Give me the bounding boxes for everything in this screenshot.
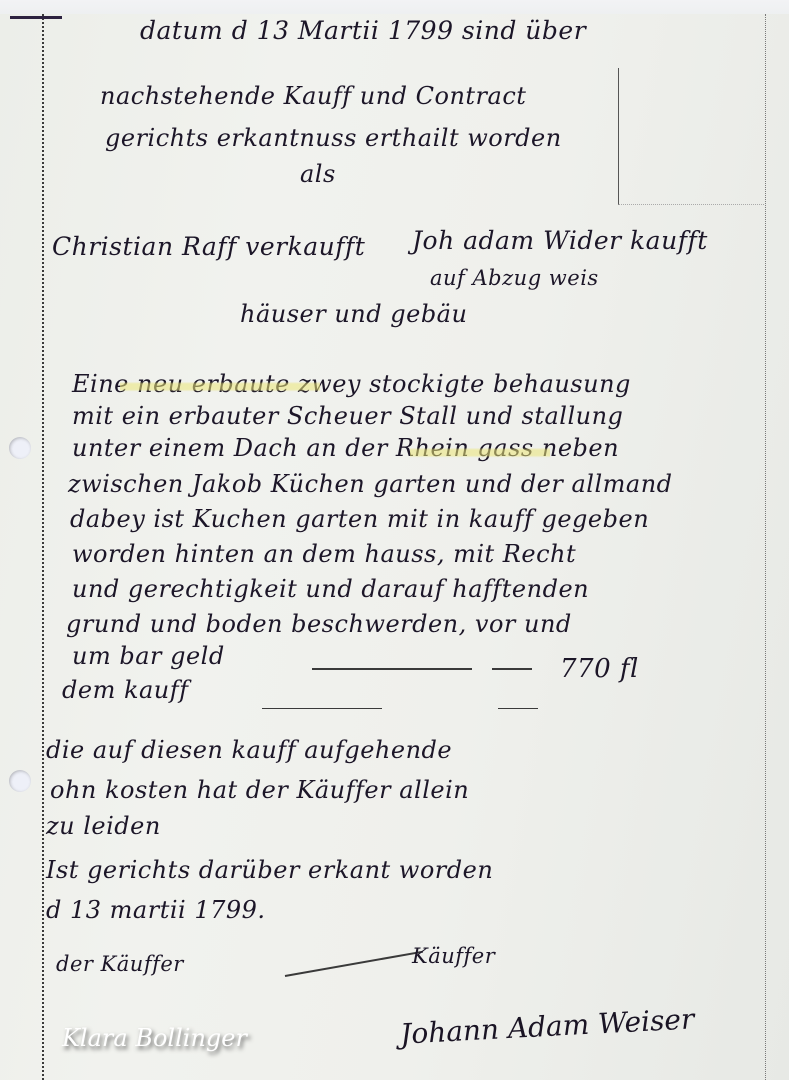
price-value: 770 fl (560, 654, 639, 684)
buyer-note: auf Abzug weis (430, 266, 599, 290)
highlight-neu-erbaute (120, 374, 320, 396)
body-line-6: worden hinten an dem hauss, mit Recht (72, 540, 576, 568)
highlight-rhein-gass (410, 440, 550, 462)
object-line: häuser und gebäu (240, 300, 467, 328)
top-rule-mark (10, 16, 62, 19)
closing-line-3: zu leiden (46, 812, 161, 840)
watermark: Klara Bollinger (62, 1024, 247, 1052)
margin-box (618, 68, 764, 205)
seller-line: Christian Raff verkaufft (52, 232, 365, 261)
closing-line-5: d 13 martii 1799. (46, 896, 266, 924)
closing-line-1: die auf diesen kauff aufgehende (46, 736, 452, 764)
intro-line-2: gerichts erkantnuss erthailt worden (105, 124, 562, 152)
date-header: datum d 13 Martii 1799 sind über (140, 16, 586, 45)
body-line-5: dabey ist Kuchen garten mit in kauff geg… (70, 505, 649, 533)
total-dash-1 (262, 708, 382, 709)
body-line-8: grund und boden beschwerden, vor und (66, 610, 572, 638)
body-line-2: mit ein erbauter Scheuer Stall und stall… (72, 402, 623, 430)
body-line-7: und gerechtigkeit und darauf hafftenden (72, 575, 589, 603)
body-line-4: zwischen Jakob Küchen garten und der all… (68, 470, 673, 498)
signature-middle-label: Käuffer (412, 944, 495, 968)
price-dash-1 (312, 668, 472, 670)
buyer-line: Joh adam Wider kaufft (412, 226, 708, 255)
body-line-9: um bar geld (72, 642, 225, 670)
price-label: dem kauff (62, 676, 189, 704)
intro-line-3: als (300, 160, 336, 188)
punch-hole-top (9, 437, 31, 459)
punch-hole-bottom (9, 770, 31, 792)
price-dash-2 (492, 668, 532, 670)
closing-line-4: Ist gerichts darüber erkant worden (46, 856, 493, 884)
signature-left-label: der Käuffer (56, 952, 184, 976)
total-dash-2 (498, 708, 538, 709)
closing-line-2: ohn kosten hat der Käuffer allein (50, 776, 469, 804)
intro-line-1: nachstehende Kauff und Contract (100, 82, 526, 110)
